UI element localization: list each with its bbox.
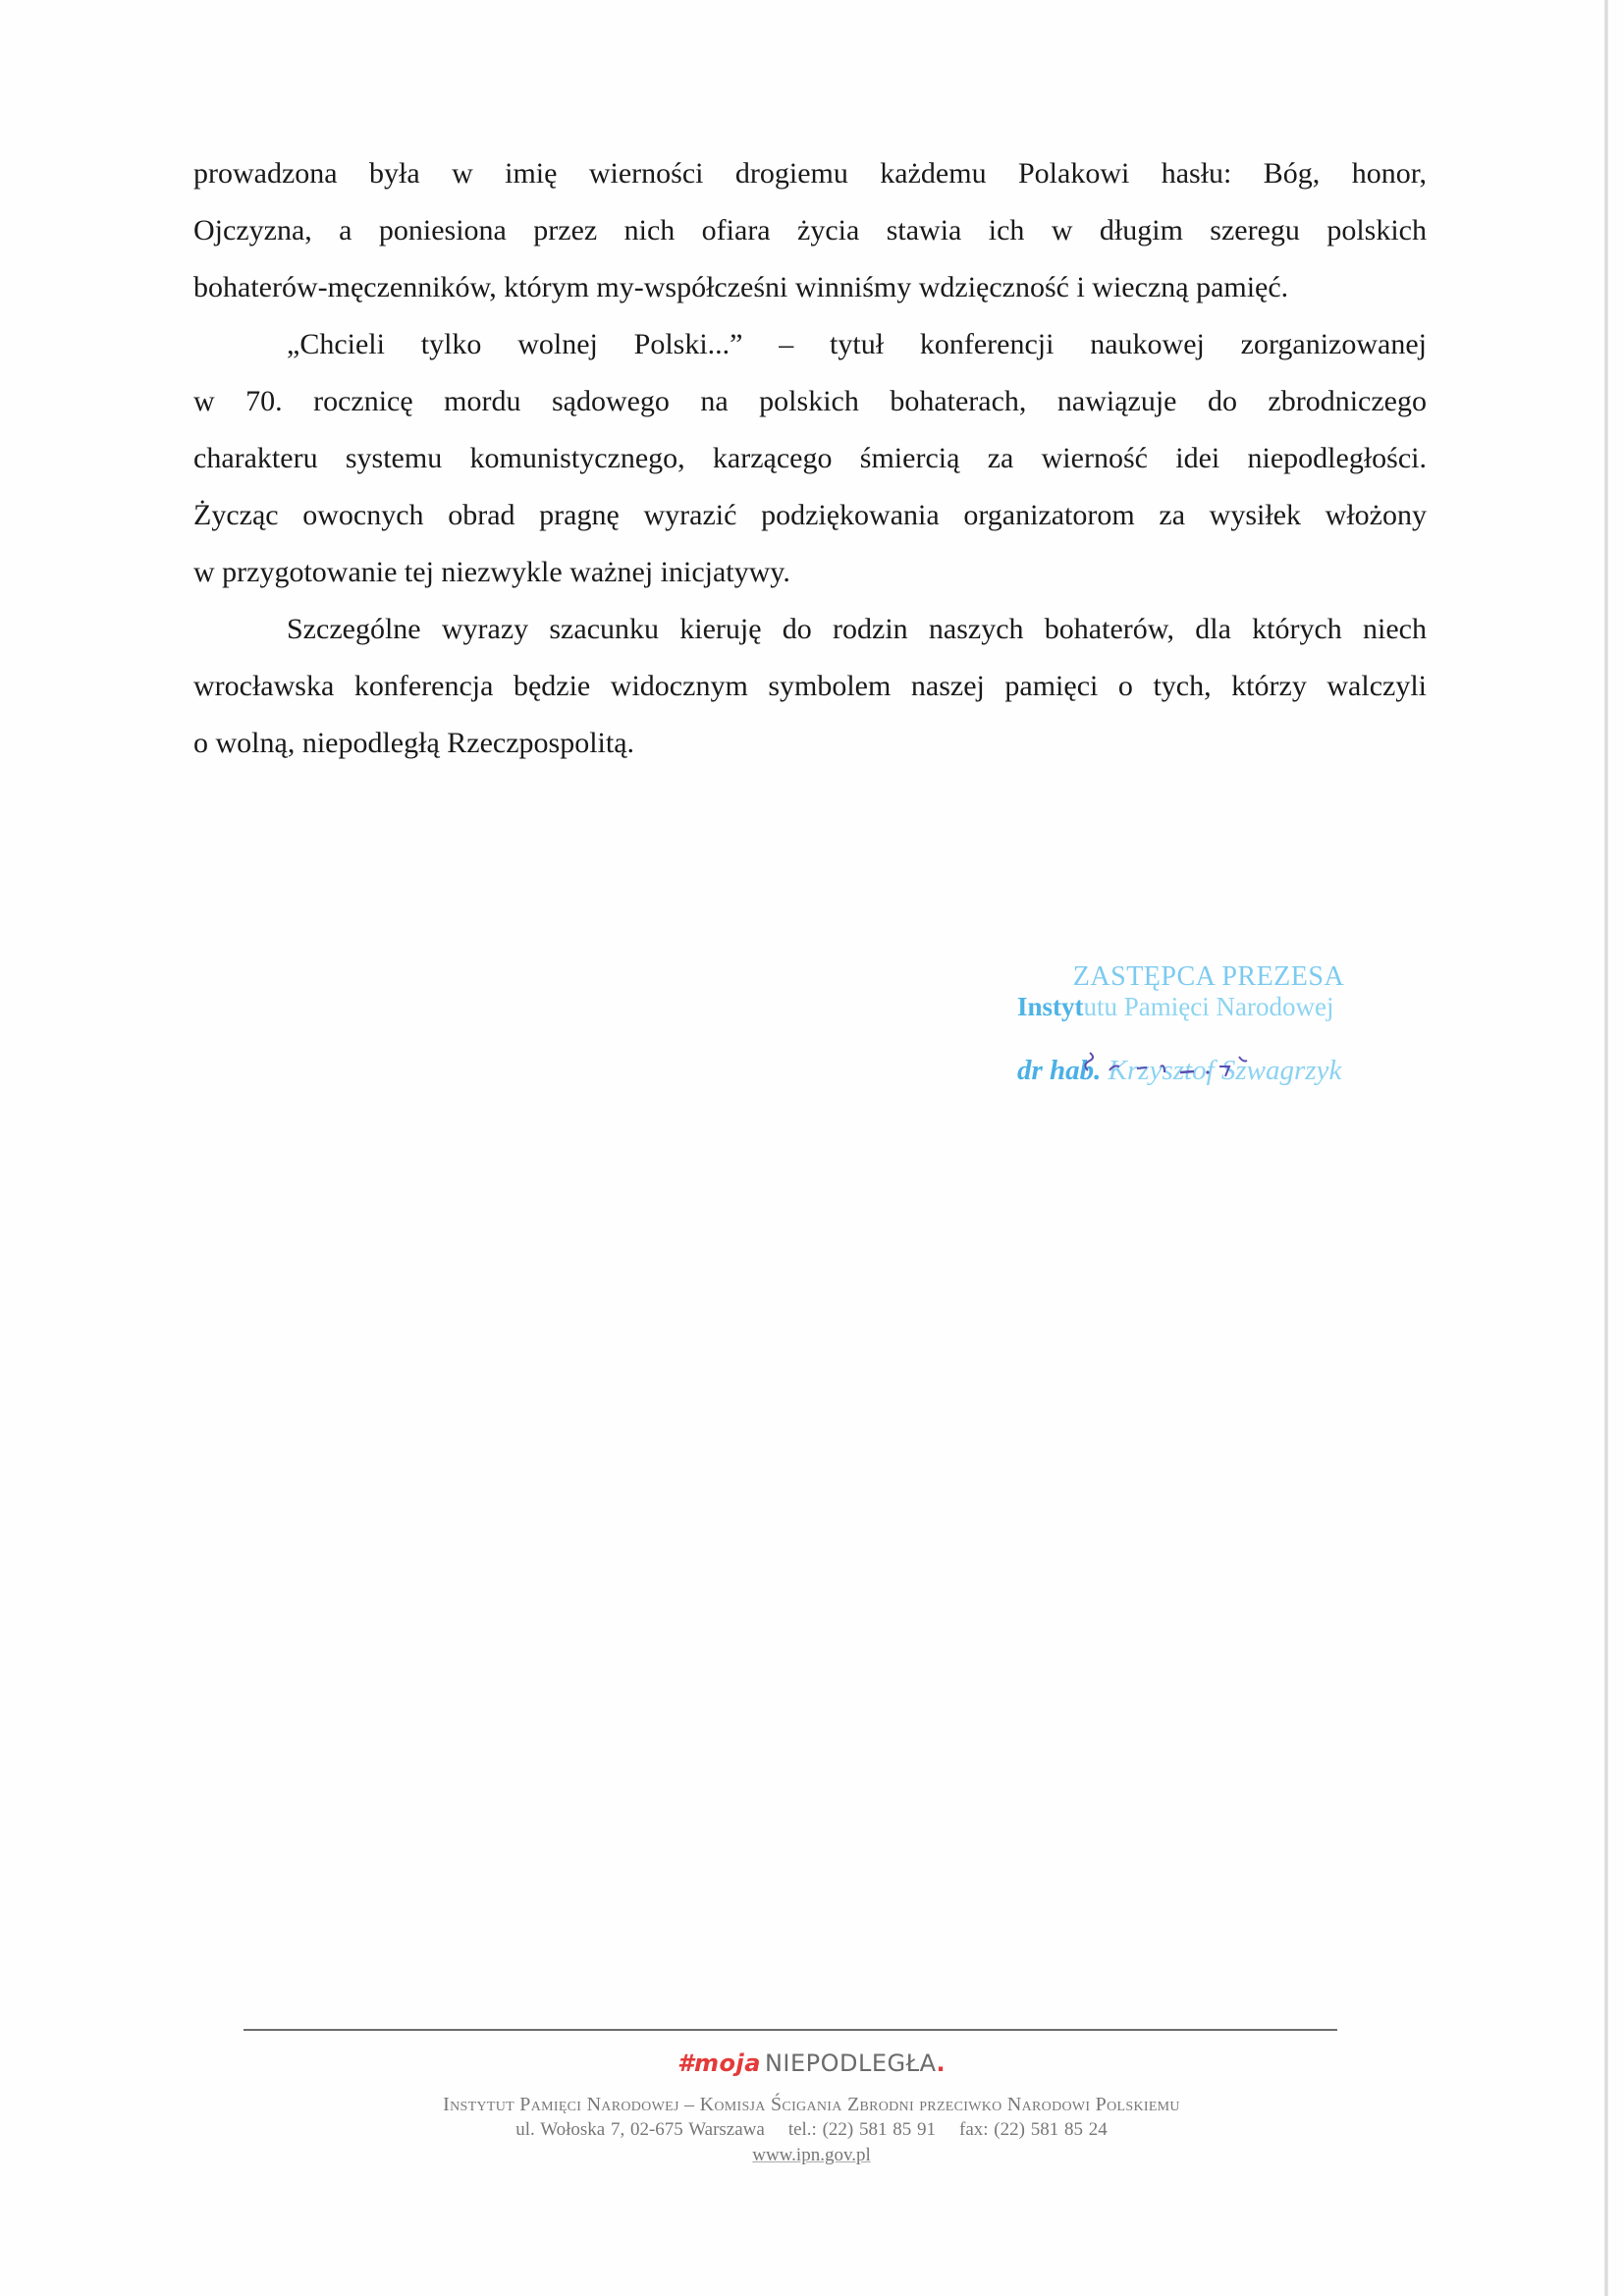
text-line: Szczególne wyrazy szacunku kieruję do ro… [193, 601, 1427, 658]
footer-address: ul. Wołoska 7, 02-675 Warszawa [515, 2119, 765, 2140]
stamp-organization: Instytutu Pamięci Narodowej [1017, 992, 1390, 1021]
moja-niepodlegla-logo: #mojaNIEPODLEGŁA. [0, 2049, 1623, 2078]
logo-dot: . [937, 2050, 947, 2077]
text-line: charakteru systemu komunistycznego, karz… [193, 430, 1427, 487]
footer-institution: Instytut Pamięci Narodowej – Komisja Ści… [0, 2092, 1623, 2117]
stamp-title: ZASTĘPCA PREZESA [1017, 962, 1390, 992]
footer-letterhead: Instytut Pamięci Narodowej – Komisja Ści… [0, 2092, 1623, 2168]
paragraph-1: prowadzona była w imię wierności drogiem… [193, 145, 1427, 316]
handwritten-signature-icon [1070, 1051, 1306, 1090]
text-line: Życząc owocnych obrad pragnę wyrazić pod… [193, 487, 1427, 544]
scan-edge-line [1604, 0, 1608, 2296]
text-line: w 70. rocznicę mordu sądowego na polskic… [193, 373, 1427, 430]
stamp-org-bold: Instyt [1017, 992, 1084, 1021]
paragraph-2: „Chcieli tylko wolnej Polski...” – tytuł… [193, 316, 1427, 601]
text-line: „Chcieli tylko wolnej Polski...” – tytuł… [193, 316, 1427, 373]
logo-moja: moja [694, 2050, 761, 2077]
text-line: bohaterów-męczenników, którym my-współcz… [193, 259, 1427, 316]
stamp-org-rest: utu Pamięci Narodowej [1084, 992, 1334, 1021]
footer-contact: ul. Wołoska 7, 02-675 Warszawatel.: (22)… [0, 2117, 1623, 2143]
logo-hash: # [677, 2050, 694, 2077]
text-line: wrocławska konferencja będzie widocznym … [193, 658, 1427, 715]
text-line: Ojczyzna, a poniesiona przez nich ofiara… [193, 202, 1427, 259]
footer-divider [243, 2029, 1337, 2031]
text-line: prowadzona była w imię wierności drogiem… [193, 145, 1427, 202]
letter-body: prowadzona była w imię wierności drogiem… [193, 145, 1427, 772]
paragraph-3: Szczególne wyrazy szacunku kieruję do ro… [193, 601, 1427, 772]
footer-website-link[interactable]: www.ipn.gov.pl [0, 2143, 1623, 2168]
footer-phone: tel.: (22) 581 85 91 [788, 2119, 936, 2140]
text-line: o wolną, niepodległą Rzeczpospolitą. [193, 715, 1427, 772]
text-line: w przygotowanie tej niezwykle ważnej ini… [193, 544, 1427, 601]
footer-fax: fax: (22) 581 85 24 [959, 2119, 1108, 2140]
logo-word: NIEPODLEGŁA [765, 2050, 937, 2077]
